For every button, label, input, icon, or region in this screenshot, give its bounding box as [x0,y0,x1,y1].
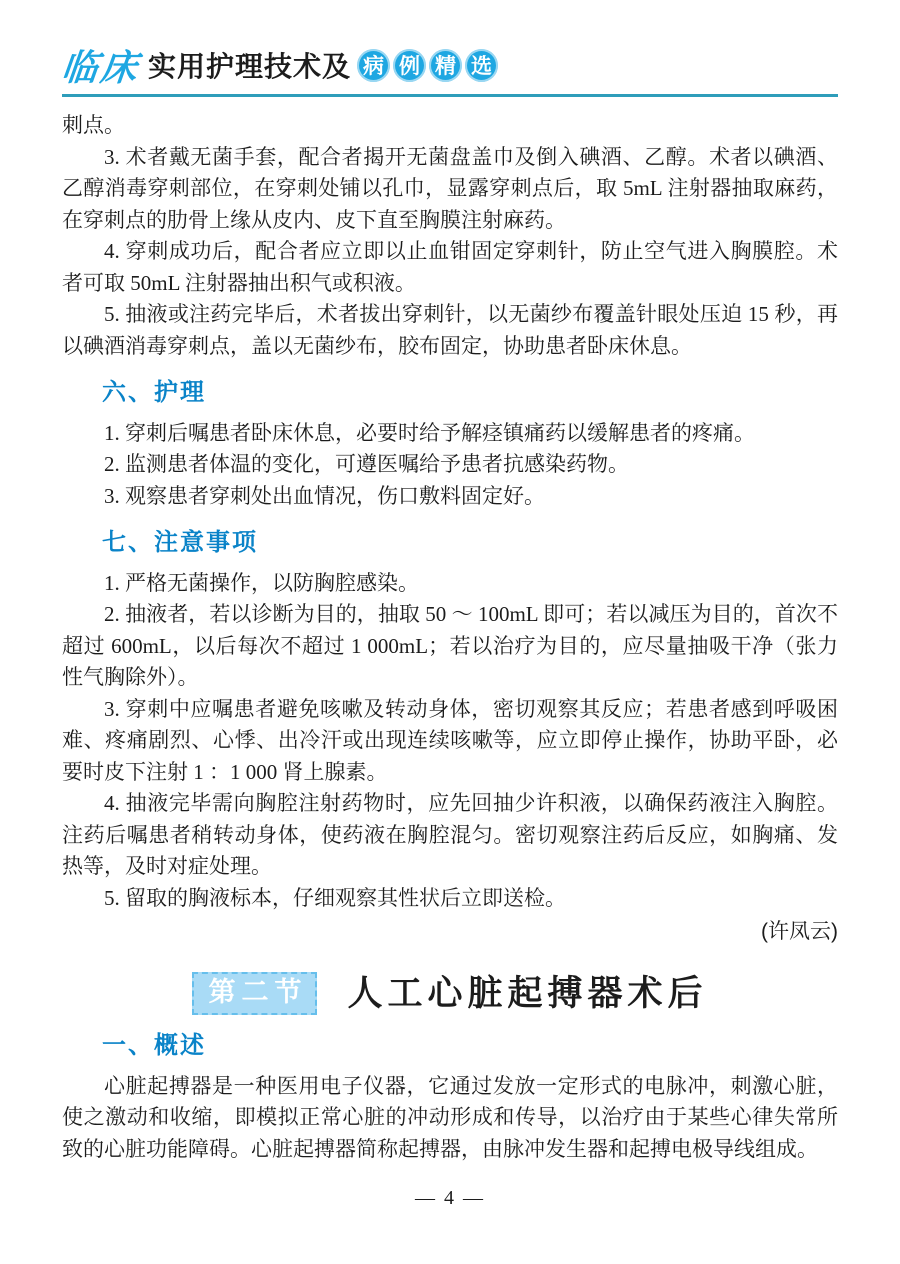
body-paragraph: 1. 严格无菌操作，以防胸腔感染。 [62,568,838,600]
chapter-section-header: 第二节人工心脏起搏器术后 [62,972,838,1016]
body-paragraph: 5. 留取的胸液标本，仔细观察其性状后立即送检。 [62,883,838,915]
header-divider-line [62,94,838,97]
section-number-badge: 第二节 [192,972,317,1016]
section-title: 人工心脏起搏器术后 [347,978,707,1010]
body-paragraph: 4. 抽液完毕需向胸腔注射药物时，应先回抽少许积液，以确保药液注入胸腔。注药后嘱… [62,788,838,883]
body-paragraph: 3. 术者戴无菌手套，配合者揭开无菌盘盖巾及倒入碘酒、乙醇。术者以碘酒、乙醇消毒… [62,142,838,237]
page-header: 临床 实用护理技术及 病 例 精 选 [62,44,838,97]
body-paragraph: 3. 穿刺中应嘱患者避免咳嗽及转动身体，密切观察其反应；若患者感到呼吸困难、疼痛… [62,694,838,789]
brand-badge-char: 病 [357,49,390,82]
body-paragraph: 2. 监测患者体温的变化，可遵医嘱给予患者抗感染药物。 [62,449,838,481]
brand-script-text: 临床 [59,40,142,91]
body-paragraph: 3. 观察患者穿刺处出血情况，伤口敷料固定好。 [62,481,838,513]
subsection-heading: 七、注意事项 [102,527,838,559]
body-paragraph: 心脏起搏器是一种医用电子仪器，它通过发放一定形式的电脉冲，刺激心脏，使之激动和收… [62,1071,838,1166]
author-attribution: (许凤云) [62,916,838,948]
body-paragraph: 刺点。 [62,110,838,142]
brand-logo: 临床 实用护理技术及 病 例 精 选 [62,44,838,86]
page-number: — 4 — [415,1187,485,1209]
page-content: 刺点。3. 术者戴无菌手套，配合者揭开无菌盘盖巾及倒入碘酒、乙醇。术者以碘酒、乙… [62,110,838,1165]
brand-badge-char: 选 [465,49,498,82]
body-paragraph: 5. 抽液或注药完毕后，术者拔出穿刺针，以无菌纱布覆盖针眼处压迫 15 秒，再以… [62,299,838,362]
brand-title-text: 实用护理技术及 [148,45,351,85]
body-paragraph: 4. 穿刺成功后，配合者应立即以止血钳固定穿刺针，防止空气进入胸膜腔。术者可取 … [62,236,838,299]
body-paragraph: 1. 穿刺后嘱患者卧床休息，必要时给予解痉镇痛药以缓解患者的疼痛。 [62,418,838,450]
book-page: 临床 实用护理技术及 病 例 精 选 刺点。3. 术者戴无菌手套，配合者揭开无菌… [0,0,900,1264]
subsection-heading: 六、护理 [102,377,838,409]
body-paragraph: 2. 抽液者，若以诊断为目的，抽取 50 ～ 100mL 即可；若以减压为目的，… [62,599,838,694]
brand-badge-char: 精 [429,49,462,82]
brand-badges: 病 例 精 选 [357,49,498,82]
brand-badge-char: 例 [393,49,426,82]
subsection-heading: 一、概述 [102,1030,838,1062]
page-footer: — 4 — [0,1187,900,1210]
